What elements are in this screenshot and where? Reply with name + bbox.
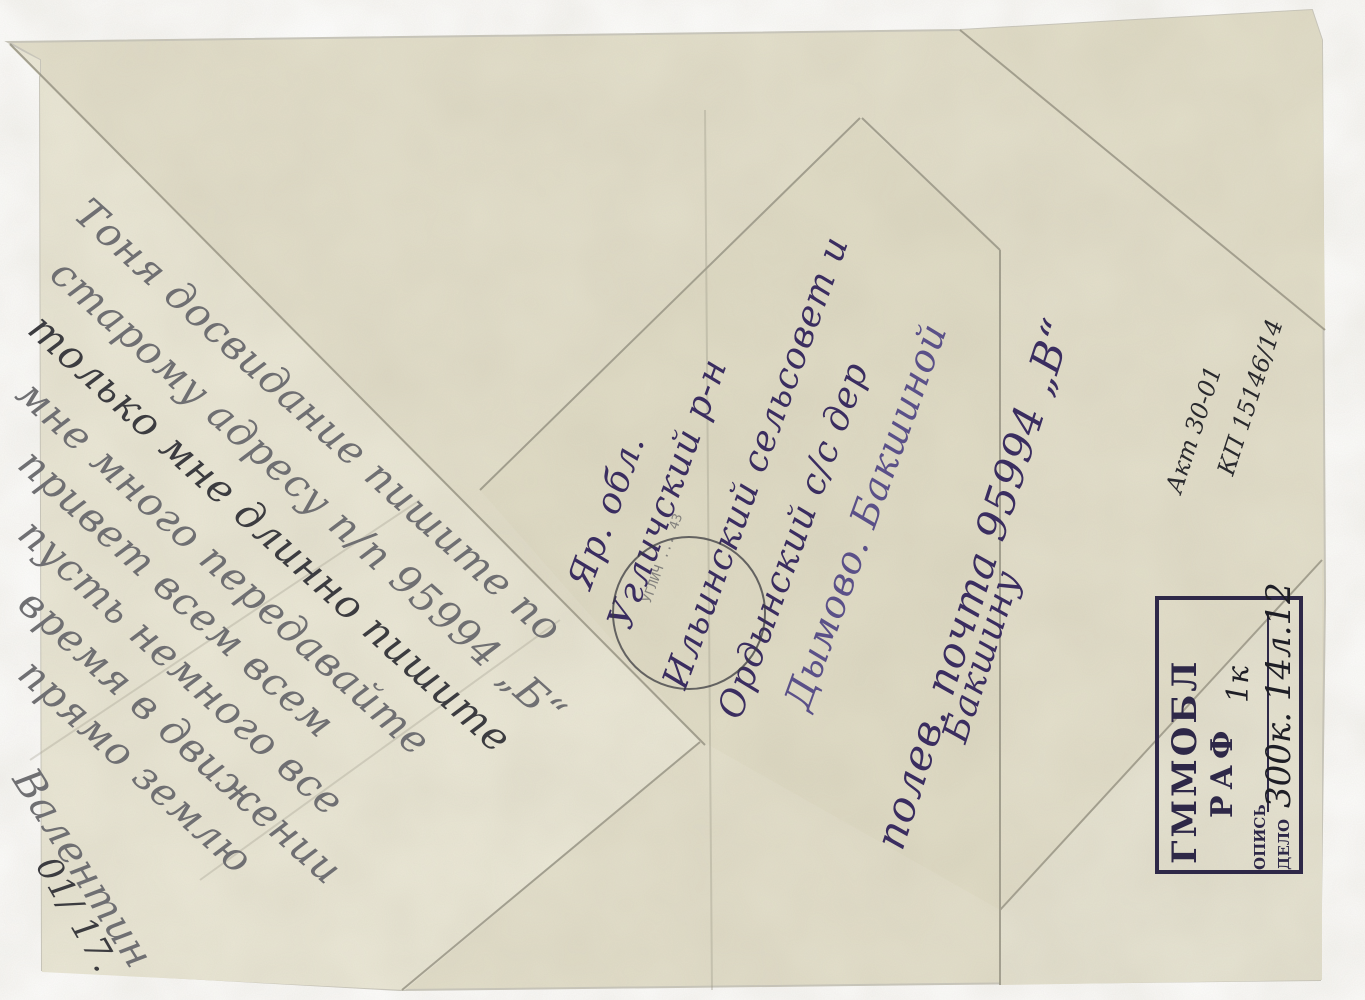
stamp-delo-value: 300к. 14л.12 — [1259, 582, 1299, 808]
stamp-subtitle: РАФ — [1205, 725, 1240, 818]
postmark — [612, 536, 766, 690]
stamp-delo-label: ДЕЛО — [1275, 819, 1293, 870]
stamp-opis-value: 1к — [1221, 666, 1256, 703]
stamp-opis-label: ОПИСЬ — [1251, 804, 1269, 870]
stamp-title: ГММОБЛ — [1165, 659, 1205, 864]
archive-stamp: ГММОБЛ РАФ ОПИСЬ ДЕЛО 1к 300к. 14л.12 — [1155, 596, 1303, 874]
